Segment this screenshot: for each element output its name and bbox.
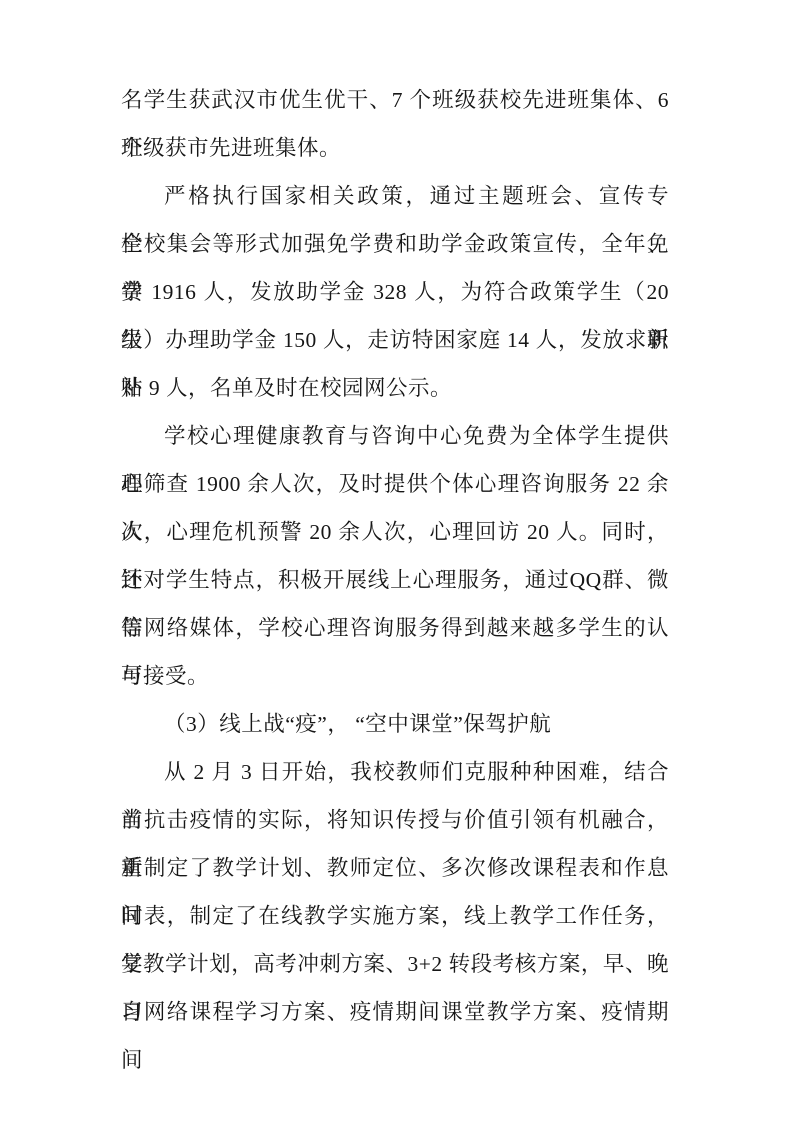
text-line: 次，心理危机预警 20 余人次，心理回访 20 人。同时，还 xyxy=(121,508,669,556)
paragraph: （3）线上战“疫”， “空中课堂”保驾护航 xyxy=(121,700,669,748)
page-text-content: 名学生获武汉市优生优干、7 个班级获校先进班集体、6 个班级获市先进班集体。严格… xyxy=(121,76,669,1036)
paragraph: 从 2 月 3 日开始，我校教师们克服种种困难，结合当前抗击疫情的实际，将知识传… xyxy=(121,748,669,1036)
text-line: 新制定了教学计划、教师定位、多次修改课程表和作息时 xyxy=(121,844,669,892)
text-line: 从 2 月 3 日开始，我校教师们克服种种困难，结合当 xyxy=(121,748,669,796)
text-line: 生）办理助学金 150 人，走访特困家庭 14 人，发放求职补 xyxy=(121,316,669,364)
text-line: 全校集会等形式加强免学费和助学金政策宣传，全年免学 xyxy=(121,220,669,268)
text-line: 贴 9 人，名单及时在校园网公示。 xyxy=(121,364,669,412)
text-line: 学教学计划，高考冲刺方案、3+2 转段考核方案，早、晚自 xyxy=(121,940,669,988)
text-line: 理筛查 1900 余人次，及时提供个体心理咨询服务 22 余人 xyxy=(121,460,669,508)
text-line: （3）线上战“疫”， “空中课堂”保驾护航 xyxy=(121,700,669,748)
text-line: 严格执行国家相关政策，通过主题班会、宣传专栏、 xyxy=(121,172,669,220)
text-line: 前抗击疫情的实际，将知识传授与价值引领有机融合，重 xyxy=(121,796,669,844)
text-line: 等网络媒体，学校心理咨询服务得到越来越多学生的认可 xyxy=(121,604,669,652)
text-line: 班级获市先进班集体。 xyxy=(121,124,669,172)
document-page: 名学生获武汉市优生优干、7 个班级获校先进班集体、6 个班级获市先进班集体。严格… xyxy=(0,0,800,1132)
text-line: 习网络课程学习方案、疫情期间课堂教学方案、疫情期间 xyxy=(121,988,669,1036)
text-line: 费 1916 人，发放助学金 328 人，为符合政策学生（20 级新 xyxy=(121,268,669,316)
paragraph: 学校心理健康教育与咨询中心免费为全体学生提供心理筛查 1900 余人次，及时提供… xyxy=(121,412,669,700)
text-line: 学校心理健康教育与咨询中心免费为全体学生提供心 xyxy=(121,412,669,460)
text-line: 名学生获武汉市优生优干、7 个班级获校先进班集体、6 个 xyxy=(121,76,669,124)
paragraph: 严格执行国家相关政策，通过主题班会、宣传专栏、全校集会等形式加强免学费和助学金政… xyxy=(121,172,669,412)
text-line: 针对学生特点，积极开展线上心理服务，通过QQ群、微信 xyxy=(121,556,669,604)
paragraph: 名学生获武汉市优生优干、7 个班级获校先进班集体、6 个班级获市先进班集体。 xyxy=(121,76,669,172)
text-line: 间表，制定了在线教学实施方案，线上教学工作任务，复 xyxy=(121,892,669,940)
text-line: 与接受。 xyxy=(121,652,669,700)
